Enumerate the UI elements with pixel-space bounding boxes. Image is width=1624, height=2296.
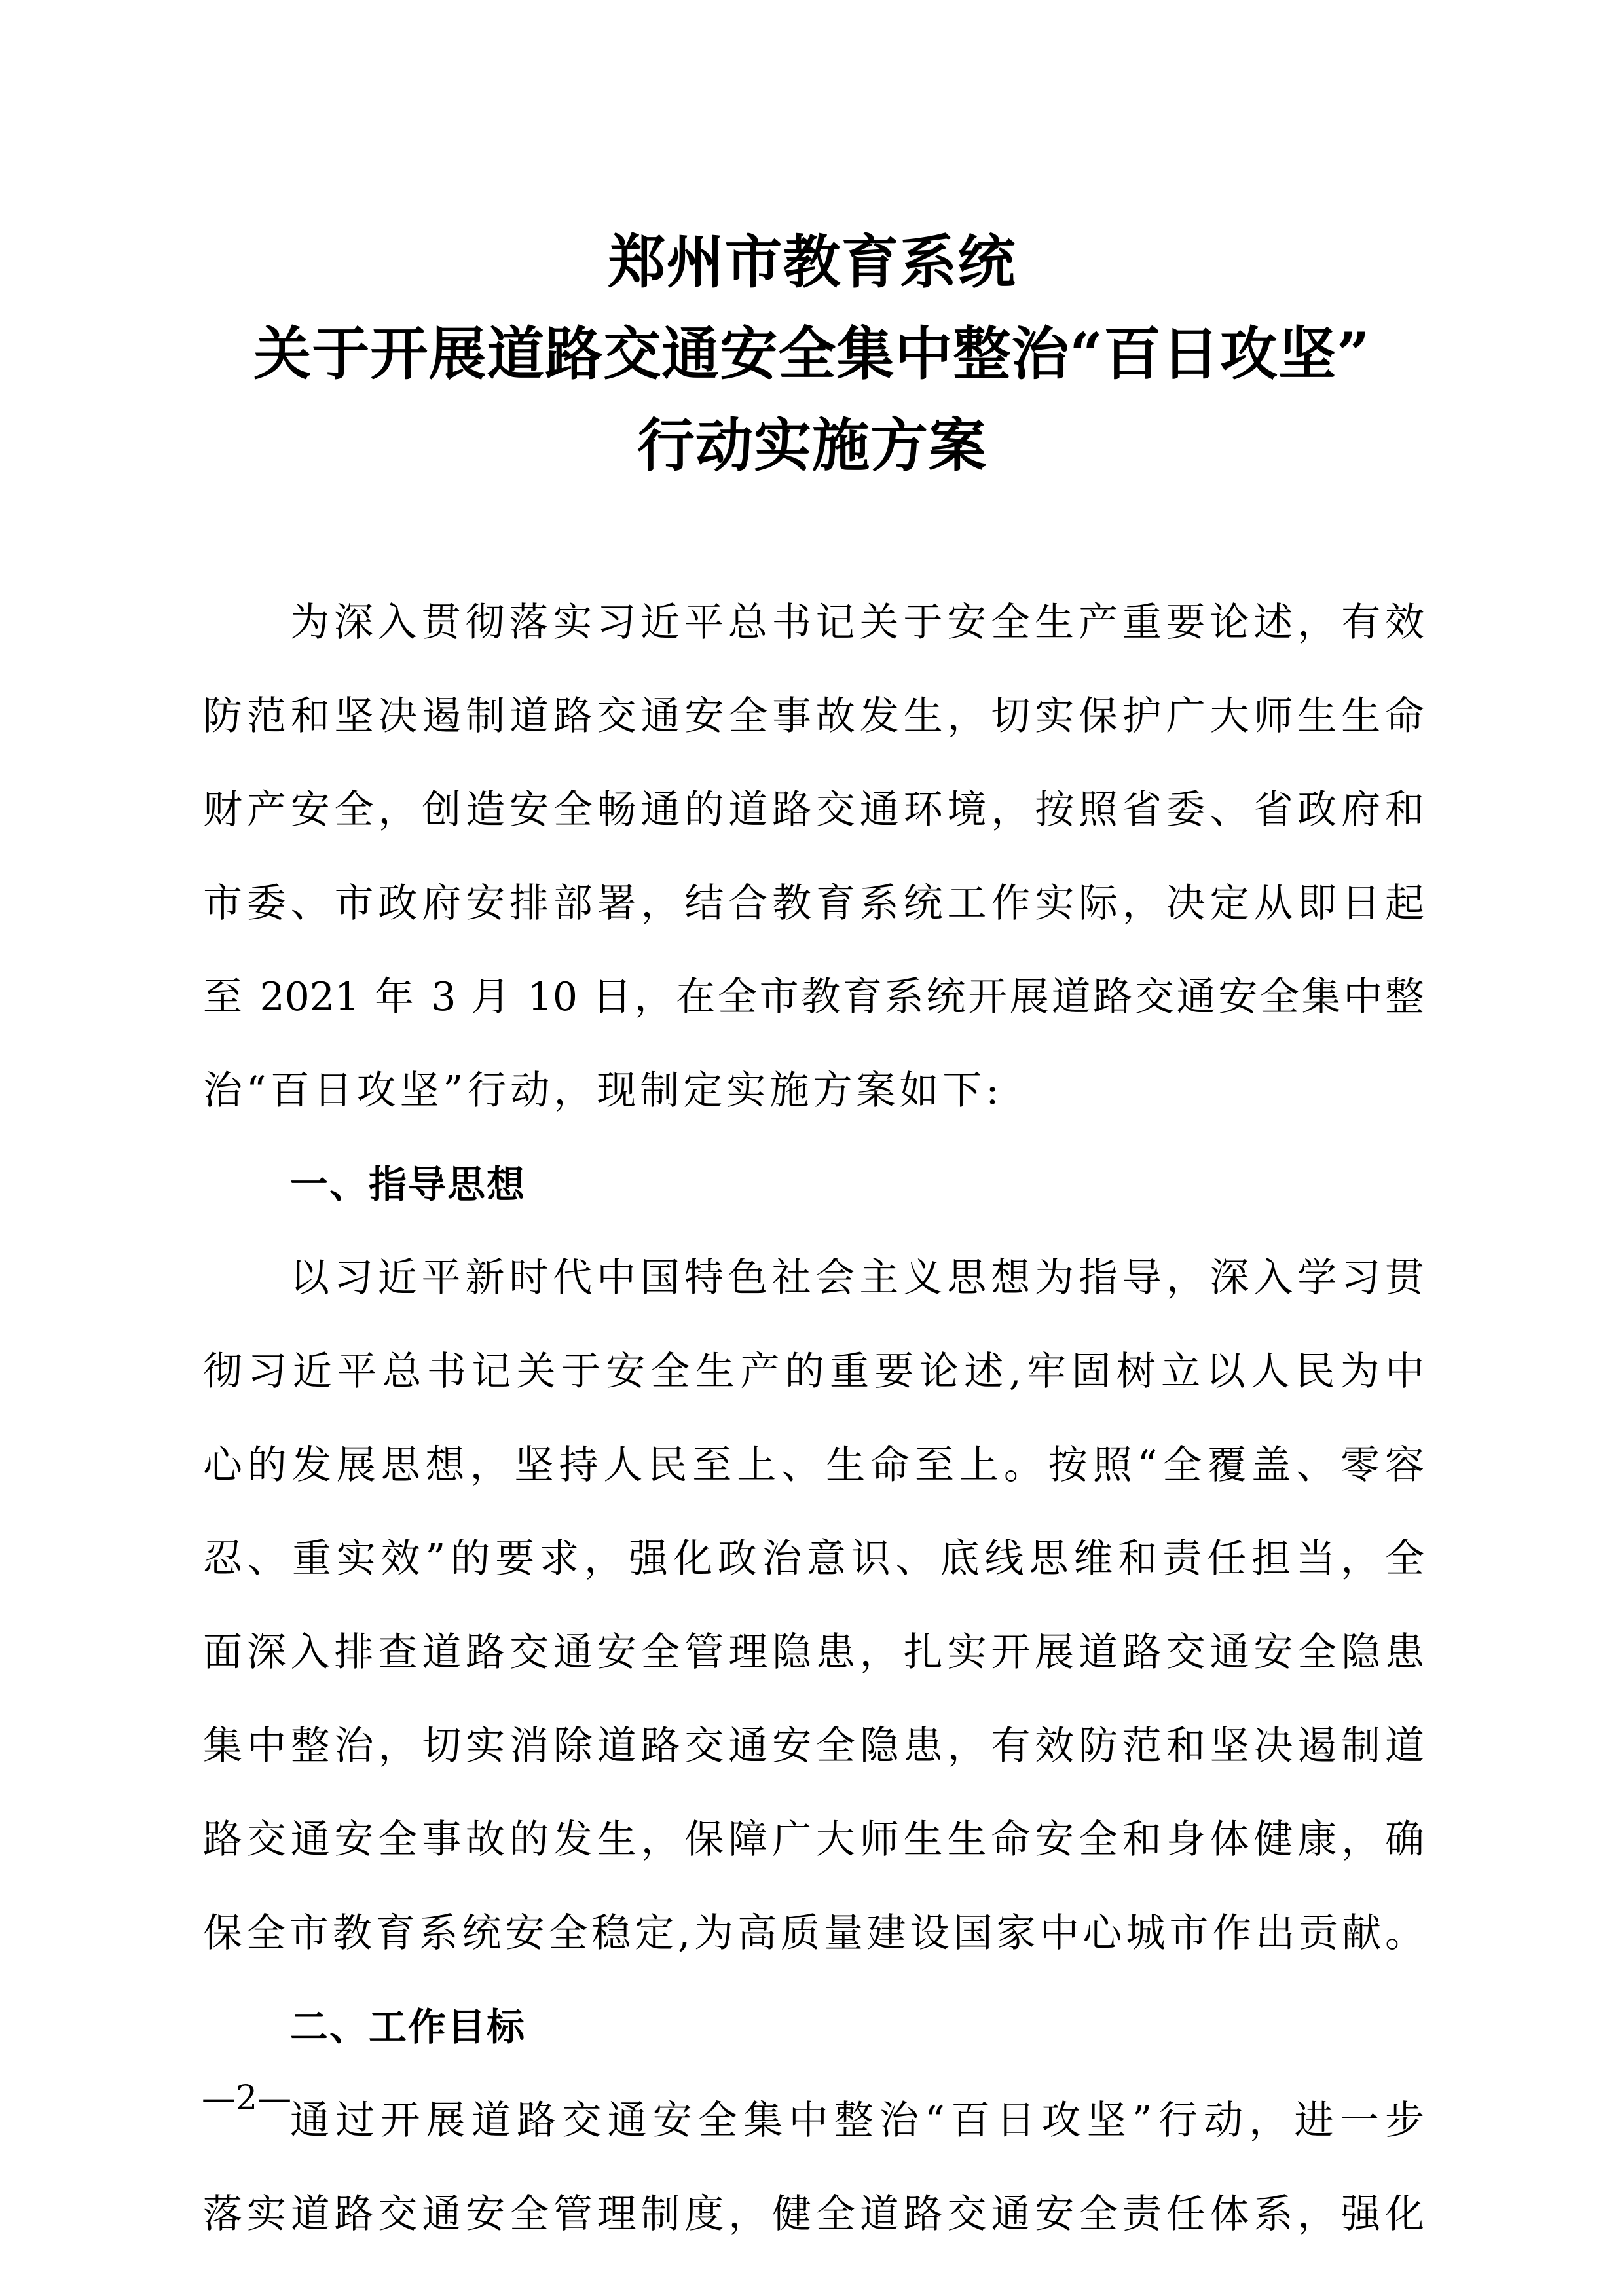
document-title: 郑州市教育系统 关于开展道路交通安全集中整治“百日攻坚” 行动实施方案 (0, 216, 1624, 491)
paragraph-line: 以习近平新时代中国特色社会主义思想为指导，深入学习贯 (203, 1231, 1424, 1325)
paragraph-line: 路交通安全事故的发生，保障广大师生生命安全和身体健康，确 (203, 1793, 1424, 1887)
paragraph-line: 市委、市政府安排部署，结合教育系统工作实际，决定从即日起 (203, 857, 1424, 951)
paragraph-line: 保全市教育系统安全稳定,为高质量建设国家中心城市作出贡献。 (203, 1887, 1424, 1980)
paragraph-line: 通过开展道路交通安全集中整治“百日攻坚”行动，进一步 (203, 2074, 1424, 2168)
paragraph-line: 集中整治，切实消除道路交通安全隐患，有效防范和坚决遏制道 (203, 1700, 1424, 1793)
title-line-1: 郑州市教育系统 (0, 216, 1624, 308)
paragraph-line: 治“百日攻坚”行动，现制定实施方案如下: (203, 1044, 1424, 1138)
section-work-goals: 二、工作目标 通过开展道路交通安全集中整治“百日攻坚”行动，进一步 落实道路交通… (203, 1980, 1424, 2261)
section-heading: 一、指导思想 (203, 1138, 1424, 1231)
title-line-2: 关于开展道路交通安全集中整治“百日攻坚” (0, 308, 1624, 399)
paragraph-line: 为深入贯彻落实习近平总书记关于安全生产重要论述，有效 (203, 576, 1424, 670)
document-page: 郑州市教育系统 关于开展道路交通安全集中整治“百日攻坚” 行动实施方案 为深入贯… (0, 0, 1624, 2296)
intro-paragraph: 为深入贯彻落实习近平总书记关于安全生产重要论述，有效 防范和坚决遏制道路交通安全… (203, 576, 1424, 1138)
page-number: —2— (202, 2079, 291, 2118)
paragraph-line: 忍、重实效”的要求，强化政治意识、底线思维和责任担当，全 (203, 1512, 1424, 1606)
paragraph-line: 心的发展思想，坚持人民至上、生命至上。按照“全覆盖、零容 (203, 1419, 1424, 1512)
paragraph-line: 落实道路交通安全管理制度，健全道路交通安全责任体系，强化 (203, 2168, 1424, 2261)
paragraph-line: 防范和坚决遏制道路交通安全事故发生，切实保护广大师生生命 (203, 670, 1424, 763)
paragraph-line: 至 2021 年 3 月 10 日，在全市教育系统开展道路交通安全集中整 (203, 951, 1424, 1044)
title-line-3: 行动实施方案 (0, 399, 1624, 491)
paragraph-line: 彻习近平总书记关于安全生产的重要论述,牢固树立以人民为中 (203, 1325, 1424, 1419)
paragraph-line: 财产安全，创造安全畅通的道路交通环境，按照省委、省政府和 (203, 763, 1424, 857)
section-guiding-ideology: 一、指导思想 以习近平新时代中国特色社会主义思想为指导，深入学习贯 彻习近平总书… (203, 1138, 1424, 1980)
paragraph-line: 面深入排查道路交通安全管理隐患，扎实开展道路交通安全隐患 (203, 1606, 1424, 1700)
section-heading: 二、工作目标 (203, 1980, 1424, 2074)
document-body: 为深入贯彻落实习近平总书记关于安全生产重要论述，有效 防范和坚决遏制道路交通安全… (203, 576, 1424, 2261)
